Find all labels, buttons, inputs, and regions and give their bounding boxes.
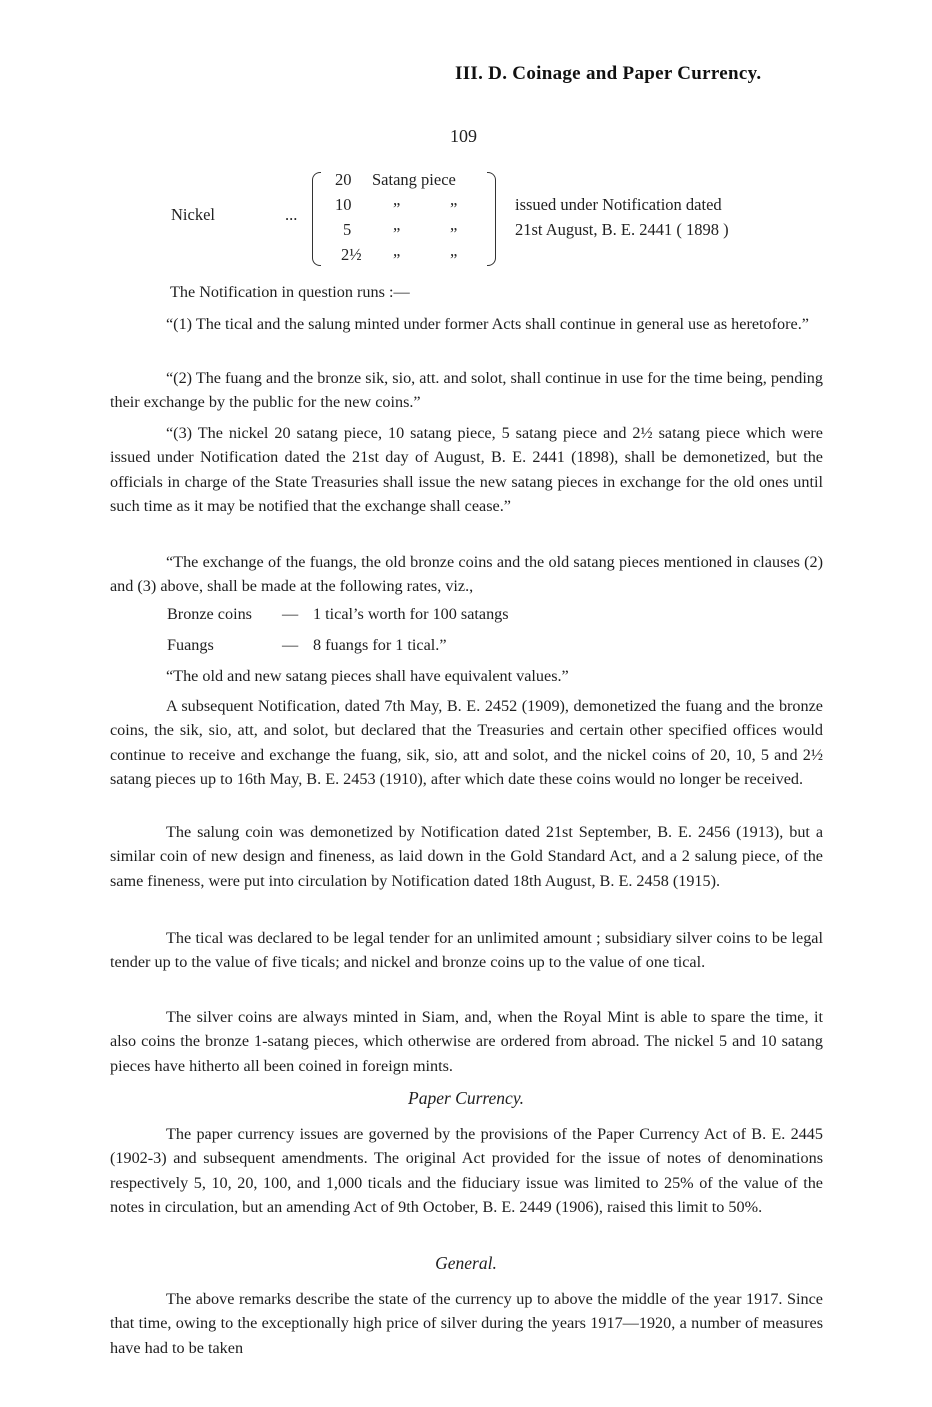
clause-1: “(1) The tical and the salung minted und…: [110, 312, 823, 336]
minting-paragraph: The silver coins are always minted in Si…: [110, 1005, 823, 1078]
legal-tender-paragraph: The tical was declared to be legal tende…: [110, 926, 823, 975]
equivalent-values-line: “The old and new satang pieces shall hav…: [166, 664, 806, 688]
left-brace: [312, 172, 321, 266]
ditto-mark: ”: [393, 224, 400, 244]
exchange-paragraph: “The exchange of the fuangs, the old bro…: [110, 550, 823, 599]
salung-paragraph: The salung coin was demonetized by Notif…: [110, 820, 823, 893]
general-paragraph: The above remarks describe the state of …: [110, 1287, 823, 1360]
running-head: III. D. Coinage and Paper Currency.: [455, 63, 761, 85]
row-value: 10: [335, 195, 352, 215]
rate-item: Fuangs: [167, 636, 214, 655]
page-number: 109: [450, 126, 477, 147]
rate-value: 8 fuangs for 1 tical.”: [313, 636, 447, 655]
row-unit: Satang piece: [372, 170, 456, 190]
rate-dash: —: [282, 605, 298, 624]
rate-item: Bronze coins: [167, 605, 252, 624]
intro-line: The Notification in question runs :—: [170, 280, 770, 304]
clause-3: “(3) The nickel 20 satang piece, 10 sata…: [110, 421, 823, 518]
clause-2: “(2) The fuang and the bronze sik, sio, …: [110, 366, 823, 415]
ditto-mark: ”: [450, 199, 457, 219]
rate-value: 1 tical’s worth for 100 satangs: [313, 605, 509, 624]
document-page: III. D. Coinage and Paper Currency. 109 …: [0, 0, 932, 1407]
subsequent-notification-paragraph: A subsequent Notification, dated 7th May…: [110, 694, 823, 791]
ditto-mark: ”: [450, 224, 457, 244]
row-value: 5: [343, 220, 351, 240]
leader-dots: ...: [285, 205, 297, 225]
ditto-mark: ”: [393, 250, 400, 270]
paper-currency-paragraph: The paper currency issues are governed b…: [110, 1122, 823, 1219]
rate-dash: —: [282, 636, 298, 655]
general-heading: General.: [0, 1253, 932, 1274]
notification-note-line2: 21st August, B. E. 2441 ( 1898 ): [515, 220, 729, 240]
notification-note-line1: issued under Notification dated: [515, 195, 722, 215]
ditto-mark: ”: [450, 250, 457, 270]
paper-currency-heading: Paper Currency.: [0, 1088, 932, 1109]
nickel-label: Nickel: [171, 205, 215, 225]
right-brace: [487, 172, 496, 266]
ditto-mark: ”: [393, 199, 400, 219]
row-value: 20: [335, 170, 352, 190]
row-value: 2½: [341, 245, 362, 265]
